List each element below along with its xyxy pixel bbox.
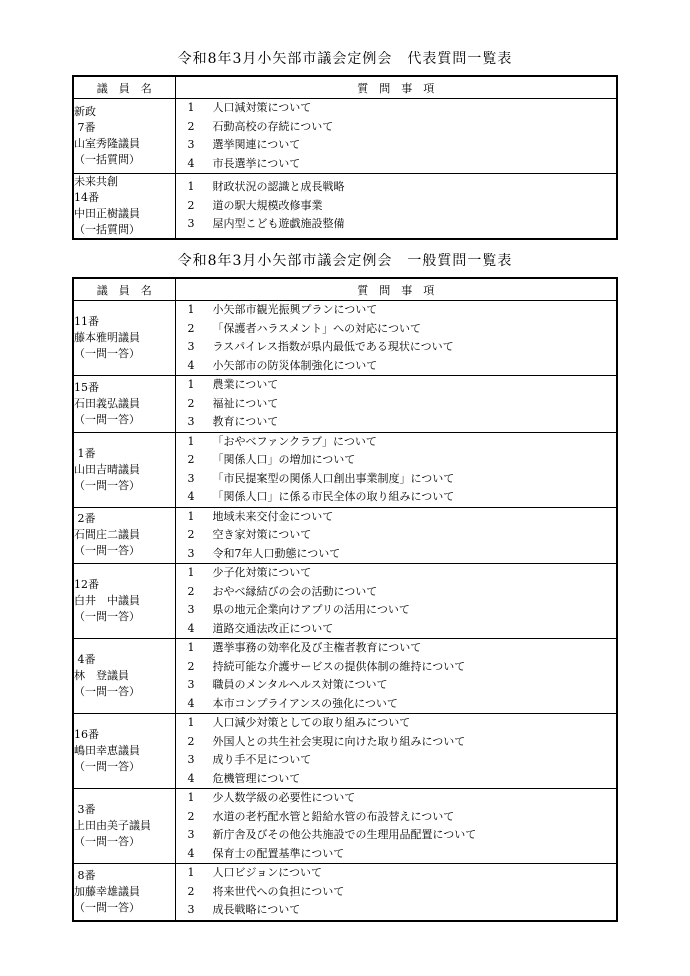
question-text: 令和7年人口動態について [213, 545, 617, 564]
member-line: 16番 [74, 727, 175, 743]
question-text: 人口減対策について [213, 99, 617, 118]
question-text: 選挙事務の効率化及び主権者教育について [213, 639, 617, 658]
question-text: 石動高校の存続について [213, 118, 617, 137]
member-line: 嶋田幸恵議員 [74, 743, 175, 759]
question-number: 2 [188, 808, 213, 827]
question-number: 2 [188, 118, 213, 137]
member-line: 1番 [74, 446, 175, 462]
member-name-header: 議 員 名 [73, 278, 175, 301]
question-line: 1「おやべファンクラブ」について [176, 433, 617, 452]
question-text: 「おやべファンクラブ」について [213, 433, 617, 452]
question-line: 3成長戦略について [176, 901, 617, 920]
question-items-cell: 1農業について2福祉について3教育について [175, 376, 617, 433]
question-line: 2石動高校の存続について [176, 118, 617, 137]
question-text: 福祉について [213, 395, 617, 414]
question-number: 4 [188, 155, 213, 174]
member-row: 16番嶋田幸恵議員（一問一答）1人口減少対策としての取り組みについて2外国人との… [73, 714, 617, 789]
question-line: 1選挙事務の効率化及び主権者教育について [176, 639, 617, 658]
question-text: 人口減少対策としての取り組みについて [213, 714, 617, 733]
question-number: 1 [188, 376, 213, 395]
question-line: 1少子化対策について [176, 564, 617, 583]
question-line: 4保育士の配置基準について [176, 845, 617, 864]
question-number: 1 [188, 564, 213, 583]
question-line: 1財政状況の認識と成長戦略 [176, 178, 617, 197]
question-text: 屋内型こども遊戯施設整備 [213, 215, 617, 234]
member-line: （一問一答） [74, 759, 175, 775]
member-row: 新政 7番山室秀隆議員（一括質問）1人口減対策について2石動高校の存続について3… [73, 99, 617, 174]
question-line: 3県の地元企業向けアプリの活用について [176, 601, 617, 620]
question-number: 2 [188, 526, 213, 545]
question-text: 教育について [213, 413, 617, 432]
question-line: 2福祉について [176, 395, 617, 414]
question-number: 2 [188, 883, 213, 902]
tables-container: 令和8年3月小矢部市議会定例会 代表質問一覧表議 員 名質 問 事 項新政 7番… [0, 50, 690, 922]
question-text: 水道の老朽配水管と鉛給水管の布設替えについて [213, 808, 617, 827]
question-number: 2 [188, 197, 213, 216]
question-line: 2おやべ縁結びの会の活動について [176, 583, 617, 602]
member-line: 石田義弘議員 [74, 396, 175, 412]
member-row: 4番林 登議員（一問一答）1選挙事務の効率化及び主権者教育について2持続可能な介… [73, 639, 617, 714]
question-line: 1人口減対策について [176, 99, 617, 118]
representative-question-table: 議 員 名質 問 事 項新政 7番山室秀隆議員（一括質問）1人口減対策について2… [72, 75, 618, 240]
member-row: 15番石田義弘議員（一問一答）1農業について2福祉について3教育について [73, 376, 617, 433]
question-line: 1農業について [176, 376, 617, 395]
question-items-cell: 1人口ビジョンについて2将来世代への負担について3成長戦略について [175, 864, 617, 921]
member-line: （一問一答） [74, 609, 175, 625]
table-body: 11番藤本雅明議員（一問一答）1小矢部市観光振興プランについて2「保護者ハラスメ… [73, 301, 617, 921]
table-title: 令和8年3月小矢部市議会定例会 代表質問一覧表 [0, 50, 690, 68]
member-line: （一問一答） [74, 543, 175, 559]
question-line: 3ラスパイレス指数が県内最低である現状について [176, 338, 617, 357]
member-line: 林 登議員 [74, 668, 175, 684]
member-line: 4番 [74, 652, 175, 668]
member-name-cell: 新政 7番山室秀隆議員（一括質問） [73, 99, 175, 174]
question-text: 成長戦略について [213, 901, 617, 920]
member-name-cell: 未来共創14番中田正樹議員（一括質問） [73, 174, 175, 240]
question-text: 職員のメンタルヘルス対策について [213, 676, 617, 695]
member-row: 未来共創14番中田正樹議員（一括質問）1財政状況の認識と成長戦略2道の駅大規模改… [73, 174, 617, 240]
member-line: 2番 [74, 511, 175, 527]
question-number: 2 [188, 320, 213, 339]
question-number: 1 [188, 508, 213, 527]
question-line: 4危機管理について [176, 770, 617, 789]
question-text: 本市コンプライアンスの強化について [213, 695, 617, 714]
question-line: 4小矢部市の防災体制強化について [176, 357, 617, 376]
question-text: ラスパイレス指数が県内最低である現状について [213, 338, 617, 357]
member-line: 11番 [74, 314, 175, 330]
question-items-cell: 1少人数学級の必要性について2水道の老朽配水管と鉛給水管の布設替えについて3新庁… [175, 789, 617, 864]
member-line: （一問一答） [74, 684, 175, 700]
member-line: 白井 中議員 [74, 593, 175, 609]
member-line: （一問一答） [74, 346, 175, 362]
question-line: 1少人数学級の必要性について [176, 789, 617, 808]
question-text: 県の地元企業向けアプリの活用について [213, 601, 617, 620]
member-name-cell: 15番石田義弘議員（一問一答） [73, 376, 175, 433]
question-text: 空き家対策について [213, 526, 617, 545]
member-line: 藤本雅明議員 [74, 330, 175, 346]
question-text: 小矢部市の防災体制強化について [213, 357, 617, 376]
question-number: 3 [188, 826, 213, 845]
member-name-cell: 3番上田由美子議員（一問一答） [73, 789, 175, 864]
member-line: 3番 [74, 802, 175, 818]
question-text: 小矢部市観光振興プランについて [213, 301, 617, 320]
question-line: 4本市コンプライアンスの強化について [176, 695, 617, 714]
question-text: 選挙関連について [213, 136, 617, 155]
member-name-cell: 1番山田吉晴議員（一問一答） [73, 432, 175, 507]
question-number: 1 [188, 178, 213, 197]
question-number: 3 [188, 545, 213, 564]
question-number: 1 [188, 639, 213, 658]
member-line: 石間庄二議員 [74, 527, 175, 543]
question-text: 道路交通法改正について [213, 620, 617, 639]
question-line: 3教育について [176, 413, 617, 432]
member-line: 加藤幸雄議員 [74, 884, 175, 900]
question-number: 4 [188, 488, 213, 507]
question-text: 保育士の配置基準について [213, 845, 617, 864]
question-text: 少子化対策について [213, 564, 617, 583]
question-line: 1人口減少対策としての取り組みについて [176, 714, 617, 733]
question-text: 成り手不足について [213, 751, 617, 770]
question-number: 3 [188, 136, 213, 155]
question-text: 財政状況の認識と成長戦略 [213, 178, 617, 197]
member-row: 12番白井 中議員（一問一答）1少子化対策について2おやべ縁結びの会の活動につい… [73, 564, 617, 639]
member-row: 8番加藤幸雄議員（一問一答）1人口ビジョンについて2将来世代への負担について3成… [73, 864, 617, 921]
question-number: 3 [188, 338, 213, 357]
question-text: 市長選挙について [213, 155, 617, 174]
question-line: 2将来世代への負担について [176, 883, 617, 902]
question-number: 2 [188, 658, 213, 677]
document-page: 令和8年3月小矢部市議会定例会 代表質問一覧表議 員 名質 問 事 項新政 7番… [0, 0, 690, 976]
question-text: 人口ビジョンについて [213, 864, 617, 883]
header-row: 議 員 名質 問 事 項 [73, 278, 617, 301]
header-row: 議 員 名質 問 事 項 [73, 76, 617, 99]
member-line: 14番 [74, 190, 175, 206]
member-line: 7番 [74, 120, 175, 136]
question-number: 1 [188, 433, 213, 452]
question-line: 3成り手不足について [176, 751, 617, 770]
question-line: 2「保護者ハラスメント」への対応について [176, 320, 617, 339]
question-line: 2道の駅大規模改修事業 [176, 197, 617, 216]
member-line: 12番 [74, 577, 175, 593]
question-number: 2 [188, 583, 213, 602]
question-text: 将来世代への負担について [213, 883, 617, 902]
question-text: 外国人との共生社会実現に向けた取り組みについて [213, 733, 617, 752]
question-number: 1 [188, 301, 213, 320]
question-items-cell: 1人口減少対策としての取り組みについて2外国人との共生社会実現に向けた取り組みに… [175, 714, 617, 789]
question-items-cell: 1「おやべファンクラブ」について2「関係人口」の増加について3「市民提案型の関係… [175, 432, 617, 507]
question-number: 1 [188, 714, 213, 733]
question-number: 2 [188, 395, 213, 414]
question-number: 1 [188, 864, 213, 883]
question-number: 3 [188, 901, 213, 920]
question-number: 4 [188, 357, 213, 376]
question-number: 3 [188, 676, 213, 695]
member-line: 15番 [74, 380, 175, 396]
member-name-cell: 4番林 登議員（一問一答） [73, 639, 175, 714]
member-line: 新政 [74, 104, 175, 120]
question-text: 農業について [213, 376, 617, 395]
question-text: 危機管理について [213, 770, 617, 789]
question-text: 「関係人口」に係る市民全体の取り組みについて [213, 488, 617, 507]
member-line: （一問一答） [74, 900, 175, 916]
question-items-cell: 1選挙事務の効率化及び主権者教育について2持続可能な介護サービスの提供体制の維持… [175, 639, 617, 714]
member-line: （一括質問） [74, 222, 175, 238]
question-items-header: 質 問 事 項 [175, 278, 617, 301]
question-items-header: 質 問 事 項 [175, 76, 617, 99]
question-number: 3 [188, 215, 213, 234]
member-line: 中田正樹議員 [74, 206, 175, 222]
question-number: 4 [188, 695, 213, 714]
question-line: 1人口ビジョンについて [176, 864, 617, 883]
member-name-cell: 8番加藤幸雄議員（一問一答） [73, 864, 175, 921]
question-text: 「保護者ハラスメント」への対応について [213, 320, 617, 339]
question-number: 4 [188, 770, 213, 789]
question-number: 1 [188, 789, 213, 808]
question-number: 3 [188, 413, 213, 432]
table-header: 議 員 名質 問 事 項 [73, 278, 617, 301]
question-line: 3「市民提案型の関係人口創出事業制度」について [176, 470, 617, 489]
member-name-cell: 2番石間庄二議員（一問一答） [73, 507, 175, 564]
question-line: 3屋内型こども遊戯施設整備 [176, 215, 617, 234]
table-header: 議 員 名質 問 事 項 [73, 76, 617, 99]
question-text: おやべ縁結びの会の活動について [213, 583, 617, 602]
question-text: 持続可能な介護サービスの提供体制の維持について [213, 658, 617, 677]
member-line: 山室秀隆議員 [74, 136, 175, 152]
question-line: 3職員のメンタルヘルス対策について [176, 676, 617, 695]
question-number: 4 [188, 620, 213, 639]
table-body: 新政 7番山室秀隆議員（一括質問）1人口減対策について2石動高校の存続について3… [73, 99, 617, 240]
member-row: 11番藤本雅明議員（一問一答）1小矢部市観光振興プランについて2「保護者ハラスメ… [73, 301, 617, 376]
member-name-cell: 16番嶋田幸恵議員（一問一答） [73, 714, 175, 789]
question-line: 1地域未来交付金について [176, 508, 617, 527]
question-text: 「関係人口」の増加について [213, 451, 617, 470]
member-line: 山田吉晴議員 [74, 462, 175, 478]
member-name-cell: 12番白井 中議員（一問一答） [73, 564, 175, 639]
question-line: 3選挙関連について [176, 136, 617, 155]
member-line: 未来共創 [74, 174, 175, 190]
question-line: 3新庁舎及びその他公共施設での生理用品配置について [176, 826, 617, 845]
question-line: 4道路交通法改正について [176, 620, 617, 639]
question-text: 地域未来交付金について [213, 508, 617, 527]
table-title: 令和8年3月小矢部市議会定例会 一般質問一覧表 [0, 252, 690, 270]
question-text: 「市民提案型の関係人口創出事業制度」について [213, 470, 617, 489]
member-line: （一問一答） [74, 412, 175, 428]
member-row: 1番山田吉晴議員（一問一答）1「おやべファンクラブ」について2「関係人口」の増加… [73, 432, 617, 507]
question-line: 3令和7年人口動態について [176, 545, 617, 564]
question-items-cell: 1少子化対策について2おやべ縁結びの会の活動について3県の地元企業向けアプリの活… [175, 564, 617, 639]
question-text: 道の駅大規模改修事業 [213, 197, 617, 216]
question-items-cell: 1人口減対策について2石動高校の存続について3選挙関連について4市長選挙について [175, 99, 617, 174]
question-line: 2水道の老朽配水管と鉛給水管の布設替えについて [176, 808, 617, 827]
member-line: （一問一答） [74, 478, 175, 494]
member-name-cell: 11番藤本雅明議員（一問一答） [73, 301, 175, 376]
question-number: 4 [188, 845, 213, 864]
question-number: 1 [188, 99, 213, 118]
question-text: 少人数学級の必要性について [213, 789, 617, 808]
member-name-header: 議 員 名 [73, 76, 175, 99]
question-line: 4「関係人口」に係る市民全体の取り組みについて [176, 488, 617, 507]
member-row: 2番石間庄二議員（一問一答）1地域未来交付金について2空き家対策について3令和7… [73, 507, 617, 564]
question-line: 2持続可能な介護サービスの提供体制の維持について [176, 658, 617, 677]
member-line: （一問一答） [74, 834, 175, 850]
question-line: 2空き家対策について [176, 526, 617, 545]
question-number: 3 [188, 601, 213, 620]
question-number: 3 [188, 470, 213, 489]
question-line: 2「関係人口」の増加について [176, 451, 617, 470]
question-number: 2 [188, 451, 213, 470]
question-items-cell: 1小矢部市観光振興プランについて2「保護者ハラスメント」への対応について3ラスパ… [175, 301, 617, 376]
question-items-cell: 1地域未来交付金について2空き家対策について3令和7年人口動態について [175, 507, 617, 564]
question-text: 新庁舎及びその他公共施設での生理用品配置について [213, 826, 617, 845]
member-line: （一括質問） [74, 152, 175, 168]
general-question-table: 議 員 名質 問 事 項11番藤本雅明議員（一問一答）1小矢部市観光振興プランに… [72, 277, 618, 922]
question-number: 3 [188, 751, 213, 770]
member-line: 8番 [74, 868, 175, 884]
question-line: 2外国人との共生社会実現に向けた取り組みについて [176, 733, 617, 752]
member-row: 3番上田由美子議員（一問一答）1少人数学級の必要性について2水道の老朽配水管と鉛… [73, 789, 617, 864]
member-line: 上田由美子議員 [74, 818, 175, 834]
question-items-cell: 1財政状況の認識と成長戦略2道の駅大規模改修事業3屋内型こども遊戯施設整備 [175, 174, 617, 240]
question-line: 1小矢部市観光振興プランについて [176, 301, 617, 320]
question-line: 4市長選挙について [176, 155, 617, 174]
question-number: 2 [188, 733, 213, 752]
